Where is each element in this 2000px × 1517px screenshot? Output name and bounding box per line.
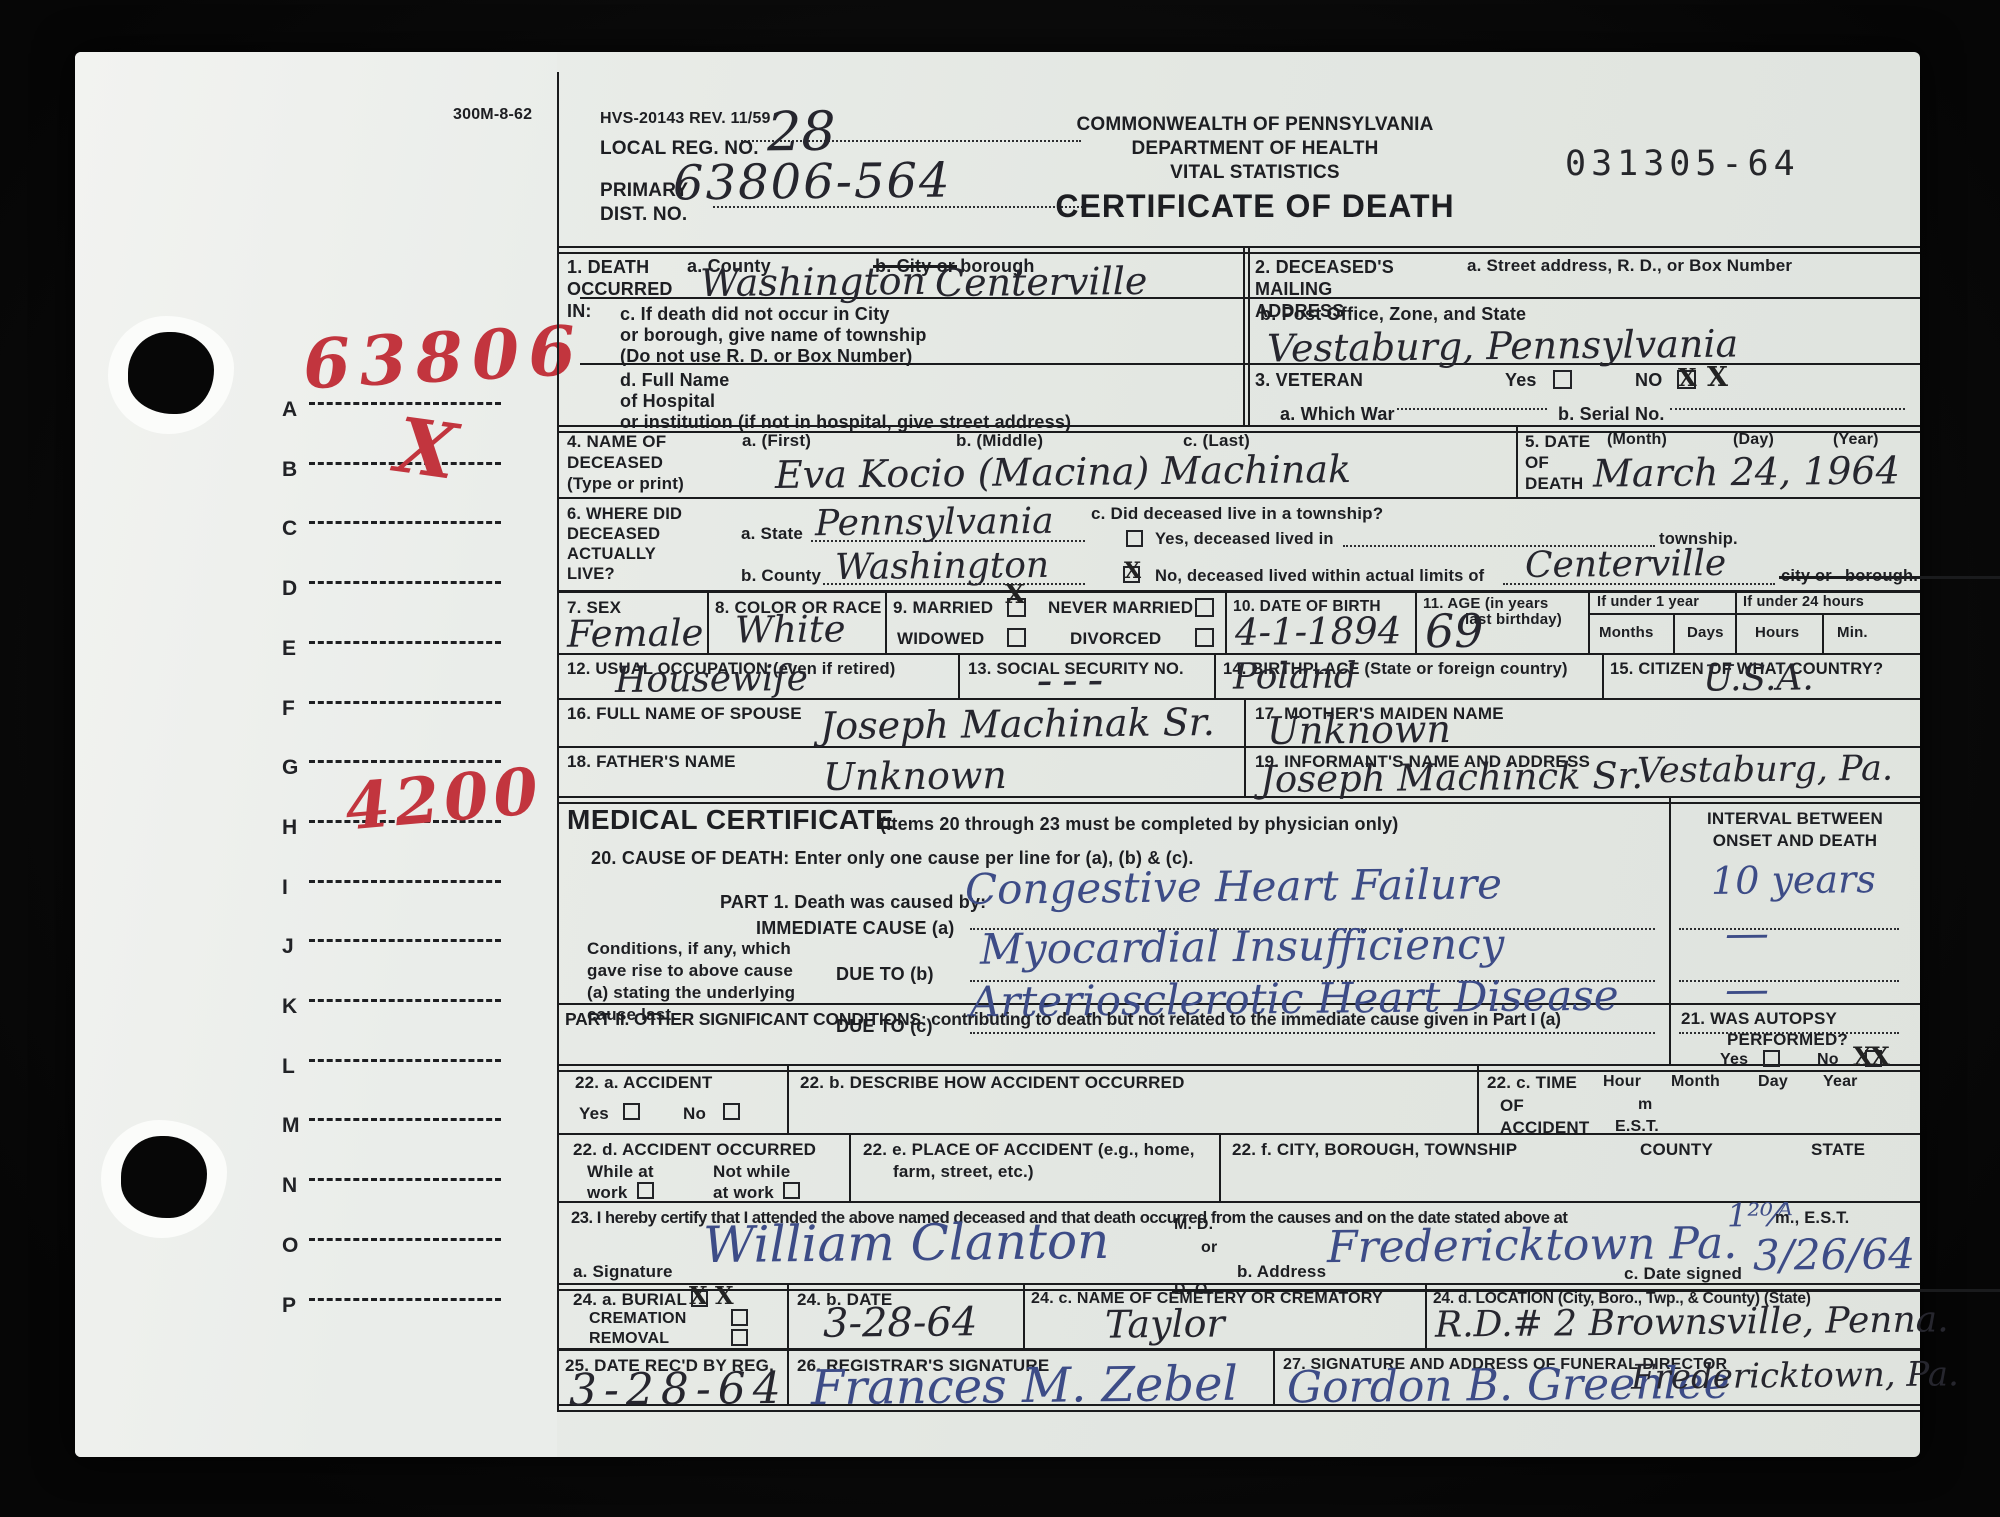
s22c-accident-label: ACCIDENT	[1500, 1118, 1589, 1138]
s22a-yes-label: Yes	[579, 1104, 609, 1124]
s11-days-label: Days	[1687, 624, 1724, 641]
margin-dash-line	[309, 880, 501, 883]
s7-sex-value: Female	[567, 611, 704, 655]
margin-red-number-a: 63806	[301, 311, 586, 406]
interval-b-line	[1679, 980, 1899, 982]
interval-a-value: 10 years	[1711, 857, 1876, 903]
divider-26-27	[1273, 1348, 1275, 1404]
s16-spouse-label: 16. FULL NAME OF SPOUSE	[567, 704, 802, 724]
s14-birthplace-value: Poland	[1233, 655, 1357, 697]
row7-bottom	[557, 796, 1920, 804]
row6-bottom	[557, 746, 1920, 748]
s22f-city-label: 22. f. CITY, BOROUGH, TOWNSHIP	[1232, 1140, 1517, 1160]
s22a-accident-label: 22. a. ACCIDENT	[575, 1073, 712, 1093]
s25-date-recd-value: 3-28-64	[569, 1363, 788, 1416]
divider-24b-24c	[1023, 1283, 1025, 1348]
binder-margin	[75, 52, 557, 1457]
hole-punch-top	[108, 316, 234, 434]
s22d-occurred-label: 22. d. ACCIDENT OCCURRED	[573, 1140, 816, 1160]
s23-or-label: or	[1201, 1239, 1217, 1257]
s9-married-mark: X	[1005, 582, 1025, 608]
s24a-removal-checkbox	[731, 1329, 748, 1346]
s22c-year-label: Year	[1823, 1073, 1858, 1091]
s3-no-extra-mark: X	[1707, 364, 1728, 391]
s22d-whileat-label: While at	[587, 1162, 654, 1182]
row2-bottom	[557, 497, 1920, 499]
divider-s7-s8	[707, 590, 709, 653]
margin-dash-line	[309, 641, 501, 644]
margin-letter: L	[282, 1055, 295, 1079]
divider-24a-24b	[787, 1283, 789, 1348]
s22c-time-label: 22. c. TIME	[1487, 1073, 1577, 1093]
s12-occupation-value: Housewife	[615, 658, 808, 701]
form-number: HVS-20143 REV. 11/59	[600, 110, 771, 128]
divider-22b-22c	[1477, 1064, 1479, 1133]
age-subline	[1588, 613, 1920, 615]
s4-middle-label: b. (Middle)	[956, 431, 1043, 451]
s24d-location-value: R.D.# 2 Brownsville, Penna.	[1435, 1299, 1949, 1345]
s2-postoffice-value: Vestaburg, Pennsylvania	[1267, 322, 1739, 371]
s23-md-label: M. D.	[1174, 1216, 1213, 1234]
s19-informant-value: Joseph Machinck Sr.	[1260, 754, 1643, 801]
divider-s14-s15	[1602, 653, 1604, 698]
s18-father-label: 18. FATHER'S NAME	[567, 752, 736, 772]
s22e-place-label2: farm, street, etc.)	[893, 1162, 1034, 1182]
margin-letter: K	[282, 995, 297, 1019]
department-title: DEPARTMENT OF HEALTH	[955, 138, 1555, 160]
divider-s13-s14	[1214, 653, 1216, 698]
dist-no-value: 63806-564	[673, 153, 952, 212]
margin-dash-line	[309, 999, 501, 1002]
s22b-describe-label: 22. b. DESCRIBE HOW ACCIDENT OCCURRED	[800, 1073, 1185, 1093]
s6-label: 6. WHERE DID DECEASED ACTUALLY LIVE?	[567, 504, 682, 584]
divider-s12-s13	[958, 653, 960, 698]
s9-married-label: 9. MARRIED	[893, 598, 993, 618]
s21-yes-checkbox	[1763, 1050, 1780, 1067]
s3-serial-label: b. Serial No.	[1558, 404, 1665, 425]
margin-dash-line	[309, 521, 501, 524]
s1-township-note: c. If death did not occur in City or bor…	[620, 304, 927, 367]
part2-label: PART II. OTHER SIGNIFICANT CONDITIONS: c…	[565, 1009, 1561, 1029]
s11-age-value: 69	[1425, 604, 1484, 659]
certificate-title: CERTIFICATE OF DEATH	[955, 188, 1555, 225]
immediate-cause-label: IMMEDIATE CAUSE (a)	[756, 918, 954, 939]
s22c-est-label: E.S.T.	[1615, 1118, 1659, 1136]
s16-spouse-value: Joseph Machinak Sr.	[820, 700, 1215, 748]
divider-22a-22b	[787, 1064, 789, 1133]
divider-s9-s10	[1225, 590, 1227, 653]
s24a-burial-extra-mark: X	[715, 1284, 734, 1308]
divider-s4-s5	[1516, 425, 1518, 497]
s21-autopsy-label: 21. WAS AUTOPSY	[1681, 1009, 1837, 1029]
s3-yes-label: Yes	[1505, 370, 1537, 391]
s3-veteran-label: 3. VETERAN	[1255, 370, 1363, 391]
s23-address-label: b. Address	[1237, 1262, 1326, 1282]
s26-registrar-signature: Frances M. Zebel	[811, 1356, 1238, 1416]
s24a-cremation-checkbox	[731, 1309, 748, 1326]
margin-letter: N	[282, 1174, 297, 1198]
scanned-document: ABCDEFGHIJKLMNOP 63806 X 4200 300M-8-62 …	[0, 0, 2000, 1517]
s22c-day-label: Day	[1758, 1073, 1788, 1091]
s5-label: 5. DATE OF DEATH	[1525, 431, 1590, 494]
margin-dash-line	[309, 1238, 501, 1241]
s22d-atwork-label: at work	[713, 1183, 774, 1203]
s1-borough-value: Centerville	[935, 259, 1148, 305]
s6-no-text: No, deceased lived within actual limits …	[1155, 567, 1484, 586]
s21-yes-label: Yes	[1720, 1051, 1748, 1069]
row22abc-bottom	[557, 1133, 1920, 1135]
s22d-notwhile-label: Not while	[713, 1162, 790, 1182]
s27-funeral-director-address: Fredericktown, Pa.	[1631, 1354, 1959, 1397]
s24c-cemetery-value: Taylor	[1105, 1301, 1225, 1346]
interval-c-value: —	[1725, 964, 1770, 1015]
divider-22e-22f	[1219, 1133, 1221, 1201]
margin-letter: I	[282, 876, 288, 900]
part2-bottom	[557, 1064, 1920, 1072]
s24b-date-value: 3-28-64	[823, 1299, 978, 1347]
s19-informant-address: Vestaburg, Pa.	[1637, 749, 1893, 792]
medical-certificate-subtitle: (Items 20 through 23 must be completed b…	[880, 814, 1399, 835]
s11-hours-label: Hours	[1755, 624, 1799, 641]
s24a-burial-mark: X	[689, 1284, 708, 1308]
margin-letter: M	[282, 1114, 300, 1138]
s11-min-label: Min.	[1837, 624, 1868, 641]
s9-divorced-label: DIVORCED	[1070, 629, 1161, 649]
s23-date-signed-label: c. Date signed	[1624, 1264, 1742, 1284]
s6-limits-value: Centerville	[1525, 543, 1727, 586]
s6-yes-checkbox	[1126, 530, 1143, 547]
registration-stamp-number: 031305-64	[1565, 144, 1800, 184]
s24a-burial-label: 24. a. BURIAL	[573, 1290, 687, 1310]
s6-county-label: b. County	[741, 566, 821, 586]
s10-dob-value: 4-1-1894	[1235, 609, 1402, 654]
s4-label: 4. NAME OF DECEASED (Type or print)	[567, 431, 684, 494]
divider-s1-s2	[1243, 246, 1250, 425]
s22e-place-label: 22. e. PLACE OF ACCIDENT (e.g., home,	[863, 1140, 1195, 1160]
divider-22d-22e	[849, 1133, 851, 1201]
s6-township-question: c. Did deceased live in a township?	[1091, 504, 1383, 524]
print-code: 300M-8-62	[453, 106, 532, 124]
divider-hours-min	[1822, 613, 1824, 653]
cause-a-value: Congestive Heart Failure	[965, 859, 1503, 914]
s21-no-mark: XX	[1853, 1044, 1888, 1069]
margin-dash-line	[309, 939, 501, 942]
s22d-work-label: work	[587, 1183, 627, 1203]
s8-race-value: White	[735, 607, 846, 651]
s21-autopsy-label2: PERFORMED?	[1727, 1030, 1848, 1050]
s22c-of-label: OF	[1500, 1096, 1524, 1116]
s3-which-war-label: a. Which War	[1280, 404, 1395, 425]
margin-letter: P	[282, 1294, 296, 1318]
part1-label: PART 1. Death was caused by:	[720, 892, 986, 913]
hole-punch-bottom	[101, 1120, 227, 1238]
s9-widowed-checkbox	[1007, 628, 1026, 647]
s22d-atwork-checkbox	[783, 1182, 800, 1199]
commonwealth-title: COMMONWEALTH OF PENNSYLVANIA	[955, 114, 1555, 136]
s22a-no-checkbox	[723, 1103, 740, 1120]
s18-father-value: Unknown	[823, 753, 1007, 799]
margin-letter: B	[282, 458, 297, 482]
s11-under1-label: If under 1 year	[1597, 594, 1699, 611]
s23-date-signed-value: 3/26/64	[1753, 1229, 1915, 1280]
s24a-removal-label: REMOVAL	[589, 1330, 669, 1348]
s6-yes-text: Yes, deceased lived in	[1155, 530, 1334, 549]
s1-hospital-label: d. Full Name of Hospital or institution …	[620, 370, 1071, 433]
interval-column-label: INTERVAL BETWEEN ONSET AND DEATH	[1675, 808, 1915, 852]
certificate-paper: ABCDEFGHIJKLMNOP 63806 X 4200 300M-8-62 …	[75, 52, 1920, 1457]
s5-month-label: (Month)	[1607, 431, 1667, 449]
s4-first-label: a. (First)	[742, 431, 811, 451]
s3-no-checkbox-mark: X	[1678, 366, 1697, 390]
margin-dash-line	[309, 1178, 501, 1181]
form-left-border	[557, 72, 559, 1412]
s17-maiden-value: Unknown	[1267, 707, 1451, 753]
interval-a-line	[1679, 928, 1899, 930]
s22f-county-label: COUNTY	[1640, 1140, 1713, 1160]
s15-citizen-value: U.S.A.	[1703, 657, 1814, 699]
divider-months-days	[1673, 613, 1675, 653]
s23-est-suffix: m., E.S.T.	[1775, 1209, 1849, 1228]
s5-year-label: (Year)	[1833, 431, 1879, 449]
s3-which-war-line	[1397, 408, 1547, 410]
divider-interval-column	[1669, 796, 1671, 1064]
cause-b-value: Myocardial Insufficiency	[980, 919, 1505, 973]
margin-dash-line	[309, 701, 501, 704]
margin-letter: A	[282, 398, 297, 422]
divider-s16-s17	[1244, 698, 1246, 746]
divider-under1-under24	[1735, 590, 1737, 653]
s5-date-of-death-value: March 24, 1964	[1593, 448, 1900, 495]
s9-widowed-label: WIDOWED	[897, 629, 984, 649]
margin-letter: G	[282, 756, 298, 780]
row3-bottom	[557, 590, 1920, 593]
s2-street-label: a. Street address, R. D., or Box Number	[1467, 256, 1792, 276]
margin-red-x-mark: X	[391, 400, 462, 496]
margin-letter: D	[282, 577, 297, 601]
margin-letter: H	[282, 816, 297, 840]
margin-letter: E	[282, 637, 296, 661]
s21-no-label: No	[1817, 1051, 1839, 1069]
margin-letter: J	[282, 935, 294, 959]
s13-ssn-value: – – –	[1037, 664, 1103, 700]
s22a-no-label: No	[683, 1104, 706, 1124]
s6-borough-suffix: borough.	[1845, 567, 1918, 586]
interval-b-value: —	[1725, 908, 1770, 959]
s9-divorced-checkbox	[1195, 628, 1214, 647]
s22a-yes-checkbox	[623, 1103, 640, 1120]
s22c-month-label: Month	[1671, 1073, 1720, 1091]
due-to-b-label: DUE TO (b)	[836, 964, 934, 985]
s9-never-married-checkbox	[1195, 598, 1214, 617]
s11-under24-label: If under 24 hours	[1743, 594, 1864, 611]
s22c-hour-label: Hour	[1603, 1073, 1641, 1091]
s5-day-label: (Day)	[1733, 431, 1774, 449]
s11-months-label: Months	[1599, 624, 1654, 641]
divider-s18-s19	[1244, 746, 1246, 796]
s2-postoffice-label: b. Post Office, Zone, and State	[1260, 304, 1526, 325]
margin-letter: F	[282, 697, 295, 721]
margin-letter: O	[282, 1234, 298, 1258]
cause-c-line	[970, 1032, 1655, 1034]
vital-statistics-title: VITAL STATISTICS	[955, 162, 1555, 184]
s22f-state-label: STATE	[1811, 1140, 1865, 1160]
margin-dash-line	[309, 1059, 501, 1062]
row24-bottom	[557, 1348, 1920, 1351]
s23-physician-signature: William Clanton	[703, 1212, 1110, 1274]
s23-signature-label: a. Signature	[573, 1262, 673, 1282]
s1-county-value: Washington	[700, 259, 926, 305]
divider-s8-s9	[885, 590, 887, 653]
margin-dash-line	[309, 581, 501, 584]
margin-dash-line	[309, 1298, 501, 1301]
s9-never-married-label: NEVER MARRIED	[1048, 598, 1193, 618]
s24a-cremation-label: CREMATION	[589, 1310, 687, 1328]
s4-name-value: Eva Kocio (Macina) Machinak	[775, 447, 1352, 497]
divider-s11-under1	[1588, 590, 1590, 653]
s22c-m-label: m	[1638, 1096, 1652, 1114]
divider-s10-s11	[1415, 590, 1417, 653]
s6-state-label: a. State	[741, 524, 803, 544]
margin-dash-line	[309, 1118, 501, 1121]
margin-letter: C	[282, 517, 297, 541]
s3-yes-checkbox	[1553, 370, 1572, 389]
s3-serial-line	[1670, 408, 1905, 410]
s6-state-value: Pennsylvania	[815, 501, 1054, 544]
s3-no-label: NO	[1635, 370, 1662, 391]
s6-no-checkbox-mark: X	[1124, 560, 1141, 582]
header-separator	[557, 246, 1920, 254]
s22d-work-checkbox	[637, 1182, 654, 1199]
medical-certificate-title: MEDICAL CERTIFICATE	[567, 804, 894, 836]
